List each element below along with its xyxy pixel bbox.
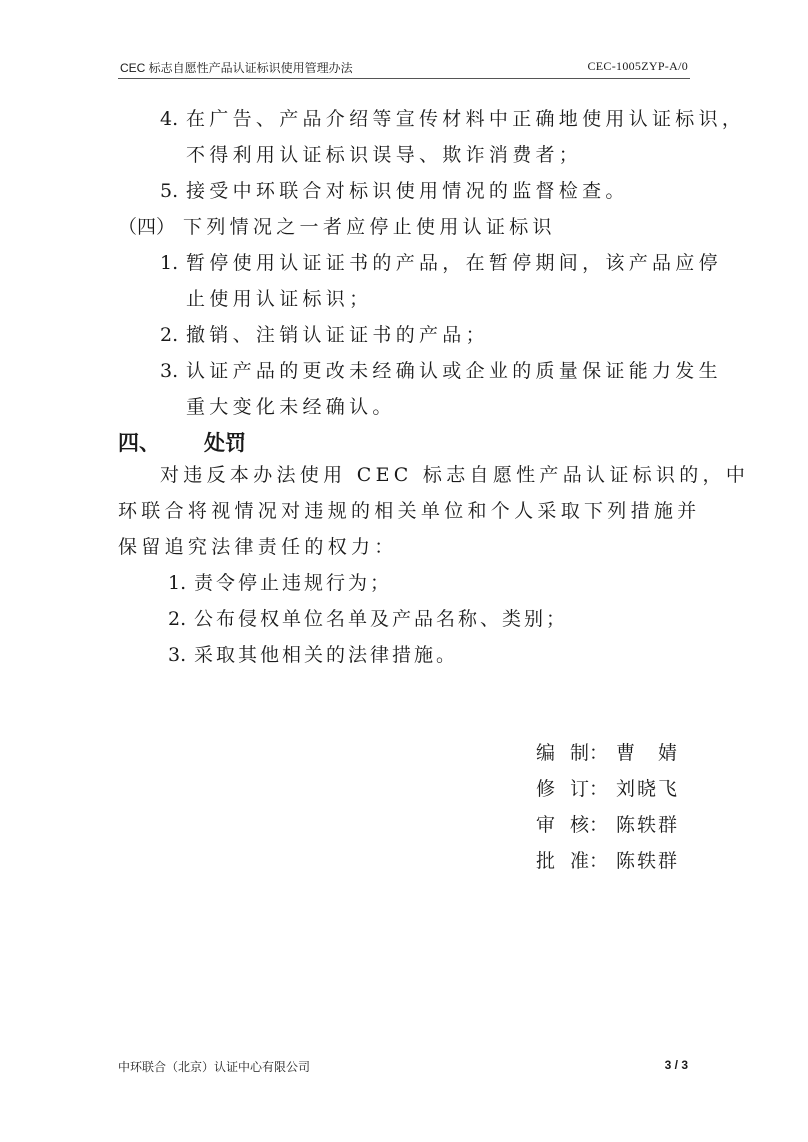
signature-label: 批 <box>536 849 570 873</box>
signature-label: 修 <box>536 777 570 801</box>
item-text: 采取其他相关的法律措施。 <box>194 644 458 666</box>
page-header: CEC 标志自愿性产品认证标识使用管理办法 CEC-1005ZYP-A/0 <box>118 56 690 79</box>
item-number: 5. <box>160 179 186 203</box>
signature-name: 陈轶群 <box>616 850 679 872</box>
item-text: 公布侵权单位名单及产品名称、类别； <box>194 608 568 630</box>
signature-name: 曹 婧 <box>616 742 679 764</box>
item-text: 责令停止违规行为； <box>194 572 392 594</box>
signature-label: 准： <box>570 849 616 873</box>
paragraph-line-3: 保留追究法律责任的权力： <box>118 535 398 559</box>
stop-item-3-continued: 重大变化未经确认。 <box>186 395 396 419</box>
section-heading-4: （四）下列情况之一者应停止使用认证标识 <box>118 215 556 239</box>
penalty-item-1: 1.责令停止违规行为； <box>168 571 392 595</box>
item-text: 认证产品的更改未经确认或企业的质量保证能力发生 <box>186 360 722 382</box>
penalty-item-2: 2.公布侵权单位名单及产品名称、类别； <box>168 607 568 631</box>
item-number: 2. <box>160 323 186 347</box>
stop-item-3: 3.认证产品的更改未经确认或企业的质量保证能力发生 <box>160 359 722 383</box>
signature-approved-by: 批准：陈轶群 <box>536 849 679 873</box>
section-title: 下列情况之一者应停止使用认证标识 <box>183 216 556 238</box>
signature-compiled-by: 编制：曹 婧 <box>536 741 679 765</box>
list-item-5: 5.接受中环联合对标识使用情况的监督检查。 <box>160 179 629 203</box>
item-text: 在广告、产品介绍等宣传材料中正确地使用认证标识， <box>186 108 745 130</box>
item-text: 接受中环联合对标识使用情况的监督检查。 <box>186 180 629 202</box>
item-number: 3. <box>160 359 186 383</box>
item-text: 撤销、注销认证证书的产品； <box>186 324 489 346</box>
page-number: 3 / 3 <box>665 1058 688 1072</box>
document-title: CEC 标志自愿性产品认证标识使用管理办法 <box>120 59 353 76</box>
signature-reviewed-by: 审核：陈轶群 <box>536 813 679 837</box>
signature-label: 订： <box>570 777 616 801</box>
list-item-4-continued: 不得利用认证标识误导、欺诈消费者； <box>186 143 582 167</box>
signature-revised-by: 修订：刘晓飞 <box>536 777 679 801</box>
item-number: 1. <box>160 251 186 275</box>
paragraph-line-2: 环联合将视情况对违规的相关单位和个人采取下列措施并 <box>118 499 701 523</box>
stop-item-2: 2.撤销、注销认证证书的产品； <box>160 323 489 347</box>
signature-label: 编 <box>536 741 570 765</box>
chapter-heading: 四、处罚 <box>118 427 246 457</box>
list-item-4: 4.在广告、产品介绍等宣传材料中正确地使用认证标识， <box>160 107 745 131</box>
page-footer: 中环联合（北京）认证中心有限公司 3 / 3 <box>118 1058 690 1075</box>
item-number: 2. <box>168 607 194 631</box>
signature-label: 核： <box>570 813 616 837</box>
company-name: 中环联合（北京）认证中心有限公司 <box>118 1060 310 1074</box>
signature-label: 制： <box>570 741 616 765</box>
chapter-title: 处罚 <box>204 431 246 455</box>
paragraph-line-1: 对违反本办法使用 CEC 标志自愿性产品认证标识的，中 <box>160 463 749 487</box>
signature-name: 陈轶群 <box>616 814 679 836</box>
penalty-item-3: 3.采取其他相关的法律措施。 <box>168 643 458 667</box>
document-code: CEC-1005ZYP-A/0 <box>588 59 689 74</box>
signature-label: 审 <box>536 813 570 837</box>
stop-item-1-continued: 止使用认证标识； <box>186 287 372 311</box>
signature-name: 刘晓飞 <box>616 778 679 800</box>
item-number: 3. <box>168 643 194 667</box>
item-text: 暂停使用认证证书的产品，在暂停期间，该产品应停 <box>186 252 722 274</box>
section-label: （四） <box>118 216 175 238</box>
item-number: 4. <box>160 107 186 131</box>
item-number: 1. <box>168 571 194 595</box>
chapter-number: 四、 <box>118 431 160 455</box>
stop-item-1: 1.暂停使用认证证书的产品，在暂停期间，该产品应停 <box>160 251 722 275</box>
